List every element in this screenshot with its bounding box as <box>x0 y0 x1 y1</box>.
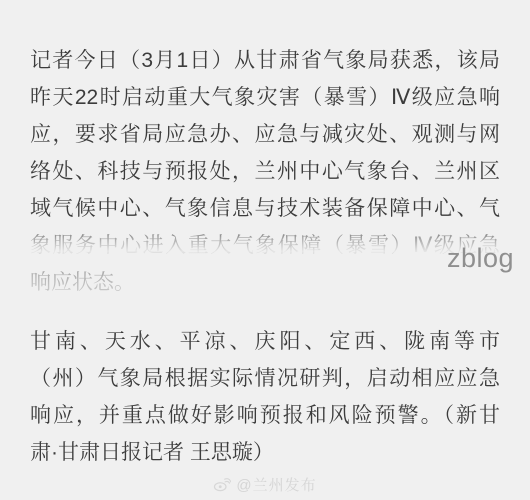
weibo-icon <box>213 477 231 492</box>
article-body: 记者今日（3月1日）从甘肃省气象局获悉，该局 昨天22时启动重大气象灾害（暴雪）… <box>30 42 500 471</box>
paragraph-1: 记者今日（3月1日）从甘肃省气象局获悉，该局 昨天22时启动重大气象灾害（暴雪）… <box>30 42 500 301</box>
text-line: （州）气象局根据实际情况研判，启动相应应急 <box>30 360 500 397</box>
text-line: 昨天22时启动重大气象灾害（暴雪）Ⅳ级应急响 <box>30 79 500 116</box>
text-line: 象服务中心进入重大气象保障（暴雪）Ⅳ级应急 <box>30 227 500 264</box>
text-line: 记者今日（3月1日）从甘肃省气象局获悉，该局 <box>30 42 500 79</box>
paragraph-2: 甘南、天水、平凉、庆阳、定西、陇南等市 （州）气象局根据实际情况研判，启动相应应… <box>30 323 500 471</box>
source-credit: @兰州发布 <box>0 474 530 495</box>
text-line: 响应，并重点做好影响预报和风险预警。（新甘 <box>30 397 500 434</box>
text-line: 络处、科技与预报处，兰州中心气象台、兰州区 <box>30 153 500 190</box>
text-line: 应，要求省局应急办、应急与减灾处、观测与网 <box>30 116 500 153</box>
zblog-watermark: zblog <box>447 243 514 274</box>
credit-text: @兰州发布 <box>236 474 316 495</box>
text-line: 肃·甘肃日报记者 王思璇） <box>30 434 500 471</box>
text-line: 响应状态。 <box>30 264 500 301</box>
text-line: 域气候中心、气象信息与技术装备保障中心、气 <box>30 190 500 227</box>
text-line: 甘南、天水、平凉、庆阳、定西、陇南等市 <box>30 323 500 360</box>
